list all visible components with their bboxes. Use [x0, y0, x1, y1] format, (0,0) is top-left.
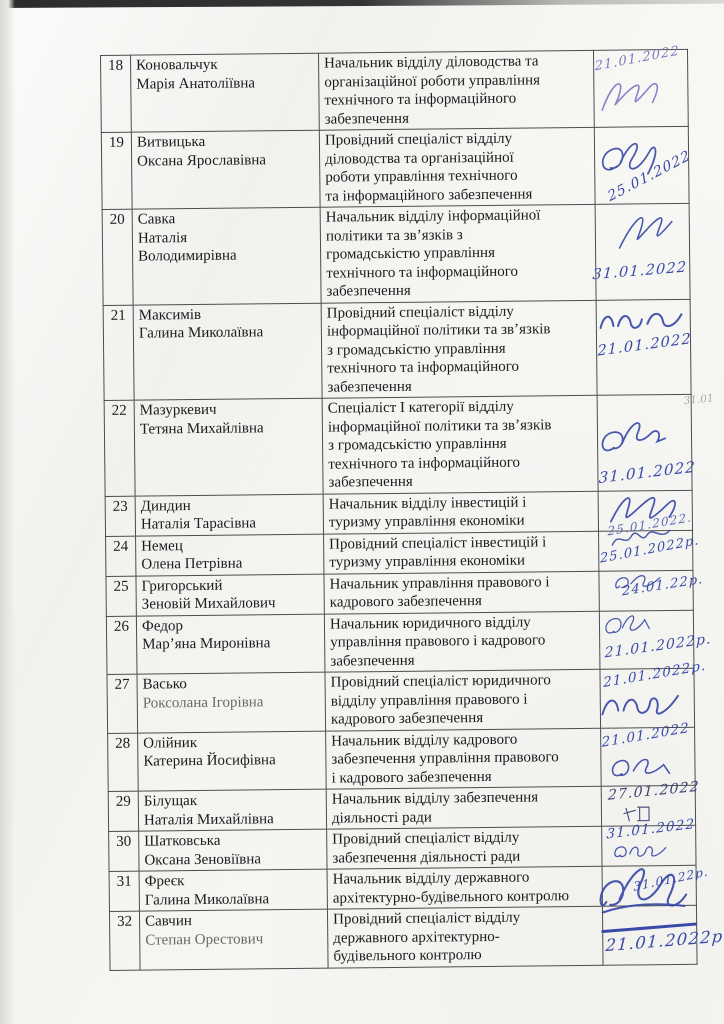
given-name: Марія Анатоліївна	[136, 73, 313, 93]
row-number: 31	[109, 871, 139, 911]
row-number: 32	[109, 911, 140, 970]
table-row: 19 Витвицька Оксана Ярославівна Провідни…	[101, 126, 689, 209]
surname: Коновальчук	[136, 55, 313, 75]
table-row: 24 Немец Олена Петрівна Провідний спеціа…	[106, 530, 693, 576]
position-cell: Начальник відділу державного архітектурн…	[327, 866, 602, 909]
surname: Максимів	[139, 304, 316, 324]
position-cell: Начальник відділу забезпечення діяльност…	[326, 786, 601, 829]
page-edge-shadow	[0, 0, 15, 1024]
surname: Фреєк	[145, 871, 322, 891]
position-cell: Начальник управління правового і кадрово…	[324, 571, 599, 614]
position-cell: Провідний спеціаліст інвестицій і туризм…	[324, 531, 599, 574]
table-row: 31 Фреєк Галина Миколаївна Начальник від…	[109, 865, 696, 911]
given-name: Олена Петрівна	[141, 554, 318, 574]
position-cell: Начальник відділу діловодства та організ…	[318, 50, 594, 130]
given-name: Наталія Михайлівна	[144, 809, 321, 829]
name-cell: Максимів Галина Миколаївна	[133, 303, 322, 400]
table-row: 23 Диндин Наталія Тарасівна Начальник ві…	[105, 490, 692, 536]
scanner-edge-shadow	[0, 0, 724, 8]
name-cell: Васько Роксолана Ігорівна	[137, 672, 326, 732]
staff-signature-table: 18 Коновальчук Марія Анатоліївна Начальн…	[100, 49, 698, 971]
table-row: 21 Максимів Галина Миколаївна Провідний …	[103, 299, 691, 401]
table-row: 20 Савка Наталія Володимирівна Начальник…	[102, 203, 690, 305]
given-name: Галина Миколаївна	[139, 323, 316, 343]
row-number: 19	[101, 132, 132, 209]
scanned-document-page: 18 Коновальчук Марія Анатоліївна Начальн…	[0, 0, 724, 1024]
position-cell: Провідний спеціаліст відділу державного …	[327, 906, 603, 967]
surname: Федор	[142, 615, 319, 635]
pencil-note: 31.01	[683, 389, 715, 410]
name-cell: Немец Олена Петрівна	[136, 534, 324, 576]
signature-cell: 31.01.2022	[595, 203, 690, 299]
row-number: 27	[107, 674, 138, 733]
given-name: Галина Миколаївна	[145, 889, 322, 909]
name-cell: Фреєк Галина Миколаївна	[139, 869, 327, 911]
signature-scribble-icon	[597, 303, 689, 334]
surname: Григорський	[141, 575, 318, 595]
position-cell: Провідний спеціаліст відділу інформаційн…	[321, 300, 597, 398]
signature-date: 31.01.2022	[592, 258, 688, 284]
signature-cell: 25.01.2022	[594, 126, 689, 204]
row-number: 18	[101, 55, 132, 132]
signature-cell: 21.01.2022р.	[600, 668, 695, 727]
given-name: Степан Орестович	[145, 929, 322, 949]
row-number: 30	[109, 831, 139, 871]
signature-date: 31.01.2022	[598, 458, 696, 488]
row-number: 22	[104, 400, 135, 496]
signature-scribble-icon	[616, 202, 687, 259]
name-cell: Білущак Наталія Михайлівна	[138, 789, 326, 831]
table-row: 22 Мазуркевич Тетяна Михайлівна Спеціалі…	[104, 394, 692, 496]
position-cell: Начальник відділу кадрового забезпечення…	[326, 728, 602, 789]
name-cell: Олійник Катерина Йосифівна	[138, 731, 327, 791]
given-name: Катерина Йосифівна	[143, 751, 320, 771]
position-cell: Спеціаліст І категорії відділу інформаці…	[322, 395, 598, 493]
table-row: 28 Олійник Катерина Йосифівна Начальник …	[108, 727, 696, 792]
position-cell: Начальник юридичного відділу управління …	[324, 611, 600, 672]
surname: Олійник	[143, 732, 320, 752]
signature-scribble-icon	[598, 411, 678, 460]
staff-signature-table-wrap: 18 Коновальчук Марія Анатоліївна Начальн…	[100, 49, 697, 971]
surname: Витвицька	[137, 132, 314, 152]
signature-scribble-icon	[607, 749, 679, 782]
given-name: Тетяна Михайлівна	[140, 418, 317, 438]
position-cell: Провідний спеціаліст юридичного відділу …	[325, 669, 601, 730]
signature-scribble-icon	[599, 685, 687, 722]
name-cell: Федор Мар’яна Миронівна	[136, 614, 325, 674]
name-cell: Мазуркевич Тетяна Михайлівна	[134, 398, 323, 495]
name-cell: Савчин Степан Орестович	[139, 909, 328, 969]
surname: Савка	[138, 209, 315, 229]
table-row: 27 Васько Роксолана Ігорівна Провідний с…	[107, 668, 695, 733]
signature-cell: 25.01.2022р.	[599, 530, 693, 571]
position-cell: Провідний спеціаліст відділу діловодства…	[319, 127, 595, 207]
signature-cell: 31.01 31.01.2022	[597, 394, 692, 490]
position-cell: Начальник відділу інформаційної політики…	[320, 204, 596, 302]
name-cell: Шатковська Оксана Зеновіївна	[139, 829, 327, 871]
row-number: 26	[106, 616, 137, 675]
surname: Мазуркевич	[140, 400, 317, 420]
surname: Шатковська	[144, 831, 321, 851]
row-number: 24	[106, 536, 136, 576]
given-name: Зеновій Михайлович	[142, 594, 319, 614]
surname: Васько	[143, 674, 320, 694]
table-row: 32 Савчин Степан Орестович Провідний спе…	[109, 905, 697, 970]
row-number: 23	[105, 496, 135, 536]
given-name: Роксолана Ігорівна	[143, 692, 320, 712]
given-name: Мар’яна Миронівна	[142, 634, 319, 654]
given-name: Наталія Володимирівна	[138, 227, 315, 266]
signature-cell: 31.01.22р.	[602, 865, 696, 906]
given-name: Наталія Тарасівна	[141, 514, 318, 534]
row-number: 20	[102, 209, 133, 305]
row-number: 29	[108, 791, 138, 831]
signature-cell: 21.01.2022	[596, 299, 691, 395]
name-cell: Диндин Наталія Тарасівна	[135, 494, 323, 536]
signature-cell: 24.01.22р.	[599, 570, 693, 611]
row-number: 21	[103, 305, 134, 401]
table-row: 18 Коновальчук Марія Анатоліївна Начальн…	[101, 49, 689, 132]
signature-cell: 21.01.2022р.	[602, 905, 697, 964]
name-cell: Коновальчук Марія Анатоліївна	[131, 53, 320, 132]
surname: Білущак	[144, 791, 321, 811]
surname: Диндин	[141, 495, 318, 515]
signature-cell: 21.01.2022	[601, 727, 696, 786]
surname: Савчин	[145, 911, 322, 931]
name-cell: Витвицька Оксана Ярославівна	[131, 130, 320, 209]
signature-date: 21.01.2022р.	[605, 927, 724, 956]
row-number: 28	[108, 733, 139, 792]
row-number: 25	[106, 576, 136, 616]
given-name: Оксана Зеновіївна	[144, 849, 321, 869]
position-cell: Начальник відділу інвестицій і туризму у…	[323, 491, 598, 534]
signature-scribble-icon	[598, 66, 671, 125]
surname: Немец	[141, 535, 318, 555]
name-cell: Григорський Зеновій Михайлович	[136, 574, 324, 616]
position-cell: Провідний спеціаліст відділу забезпеченн…	[327, 826, 602, 869]
given-name: Оксана Ярославівна	[137, 150, 314, 170]
name-cell: Савка Наталія Володимирівна	[132, 207, 321, 304]
signature-cell: 21.01.2022	[593, 49, 688, 127]
table-row: 26 Федор Мар’яна Миронівна Начальник юри…	[106, 610, 694, 675]
